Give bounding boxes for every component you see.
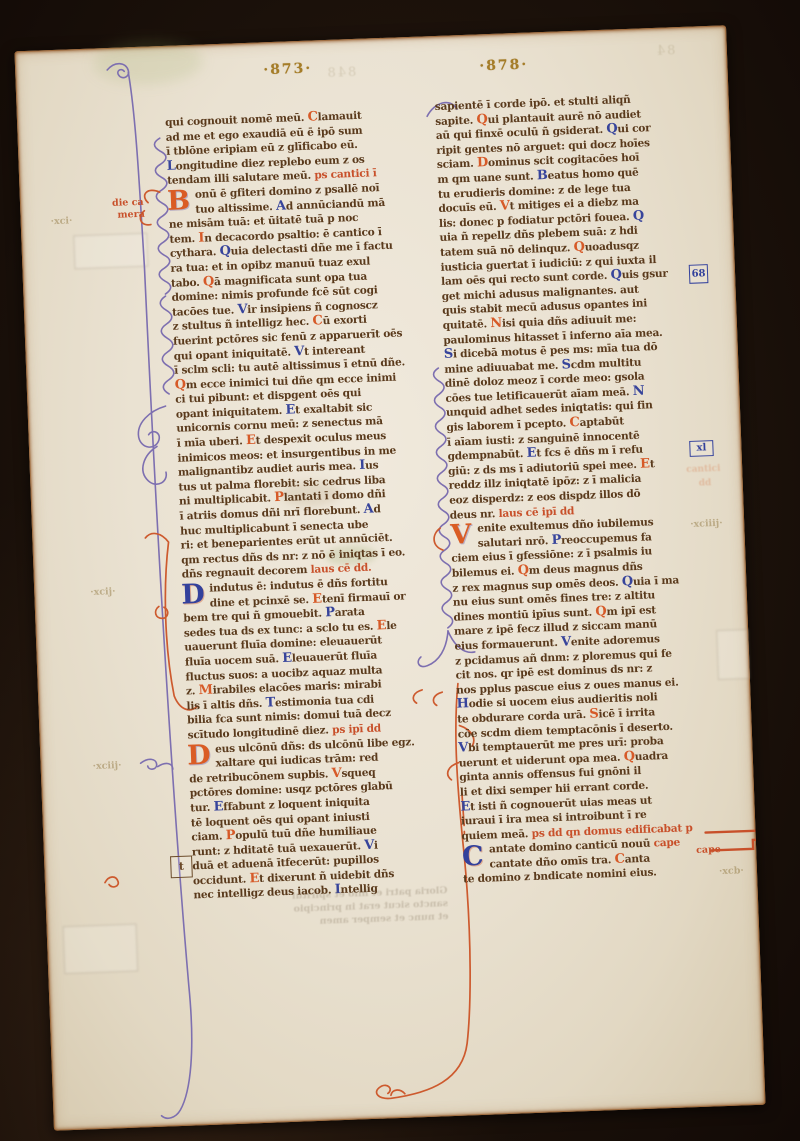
colored-initial: E: [460, 799, 470, 814]
colored-initial: Q: [219, 244, 231, 259]
colored-initial: N: [632, 383, 644, 398]
colored-initial: Q: [623, 749, 635, 764]
rubric-text: cape: [653, 837, 680, 850]
colored-initial: E: [640, 456, 650, 471]
illuminated-initial-D: D: [185, 740, 213, 770]
illuminated-initial-V: V: [447, 520, 475, 550]
ghost-folio-number: 84: [655, 43, 676, 59]
colored-initial: V: [237, 302, 247, 317]
margin-psalm-number: ·xcij·: [90, 586, 115, 598]
colored-initial: V: [561, 634, 571, 649]
colored-initial: I: [198, 230, 204, 245]
colored-initial: Q: [622, 574, 634, 589]
colored-initial: B: [537, 168, 548, 183]
colored-initial: A: [363, 502, 373, 517]
ghost-folio-number: 848: [325, 65, 356, 81]
show-through-rect: [716, 629, 750, 680]
colored-initial: V: [458, 740, 468, 755]
colored-initial: P: [325, 605, 335, 620]
manuscript-leaf: ·873· ·878· 848 84: [14, 25, 765, 1130]
colored-initial: N: [490, 316, 502, 331]
colored-initial: Q: [476, 112, 488, 127]
colored-initial: V: [331, 766, 341, 781]
margin-psalm-number: ·xciij·: [93, 760, 122, 772]
show-through-text: Gloria patri et filio et spiritui sancto…: [195, 884, 448, 932]
folio-number-left: ·873·: [263, 61, 313, 79]
colored-initial: V: [294, 344, 304, 359]
rubric-text: ps cantici ī: [314, 168, 377, 182]
colored-initial: E: [213, 799, 223, 814]
illuminated-initial-D: D: [179, 580, 207, 610]
colored-initial: P: [225, 828, 235, 843]
colored-initial: Q: [517, 563, 529, 578]
colored-initial: E: [282, 651, 292, 666]
illuminated-initial-C: C: [459, 841, 487, 871]
margin-psalm-number: ·xci·: [51, 215, 73, 227]
rubric-text: laus cē ipī dd: [498, 505, 574, 520]
colored-initial: S: [561, 357, 571, 372]
colored-initial: S: [444, 347, 454, 362]
colored-initial: E: [526, 446, 536, 461]
illuminated-initial-B: B: [165, 186, 193, 216]
colored-initial: C: [307, 109, 318, 124]
colored-initial: Q: [595, 604, 607, 619]
colored-initial: P: [551, 533, 561, 548]
colored-initial: L: [166, 158, 175, 173]
colored-initial: M: [198, 683, 213, 699]
quire-mark: t: [170, 855, 193, 878]
colored-initial: Q: [610, 267, 622, 282]
rubric-text: laus cē dd.: [310, 562, 371, 576]
colored-initial: C: [569, 415, 580, 430]
show-through-rect: [63, 924, 139, 975]
show-through-rect: [73, 233, 148, 270]
colored-initial: C: [312, 314, 323, 329]
colored-initial: I: [359, 458, 365, 473]
colored-initial: S: [589, 706, 599, 721]
folio-number-right: ·878·: [479, 57, 529, 75]
text-column-left: qui cognouit nomē meū. Clamauitad me et …: [165, 106, 456, 903]
colored-initial: Q: [175, 377, 187, 392]
colored-initial: C: [614, 851, 625, 866]
colored-initial: E: [285, 402, 295, 417]
colored-initial: Q: [633, 208, 645, 223]
colored-initial: Q: [606, 122, 618, 137]
colored-initial: E: [246, 433, 256, 448]
colored-initial: P: [274, 490, 284, 505]
colored-initial: H: [456, 697, 469, 712]
colored-initial: V: [500, 199, 510, 214]
margin-rubric-note: mera: [117, 209, 145, 221]
colored-initial: Q: [203, 274, 215, 289]
colored-initial: A: [276, 198, 286, 213]
colored-initial: T: [265, 695, 275, 710]
colored-initial: D: [477, 156, 489, 171]
colored-initial: E: [376, 618, 386, 633]
rubric-text: ps ipī dd: [332, 722, 381, 736]
colored-initial: Q: [573, 240, 585, 255]
colored-initial: E: [312, 591, 322, 606]
text-column-right: sapientē ī corde ipō. et stulti aliqñsap…: [435, 90, 726, 887]
margin-rubric-note: die ca: [112, 197, 144, 209]
colored-initial: V: [364, 837, 374, 852]
colored-initial: E: [249, 871, 259, 886]
